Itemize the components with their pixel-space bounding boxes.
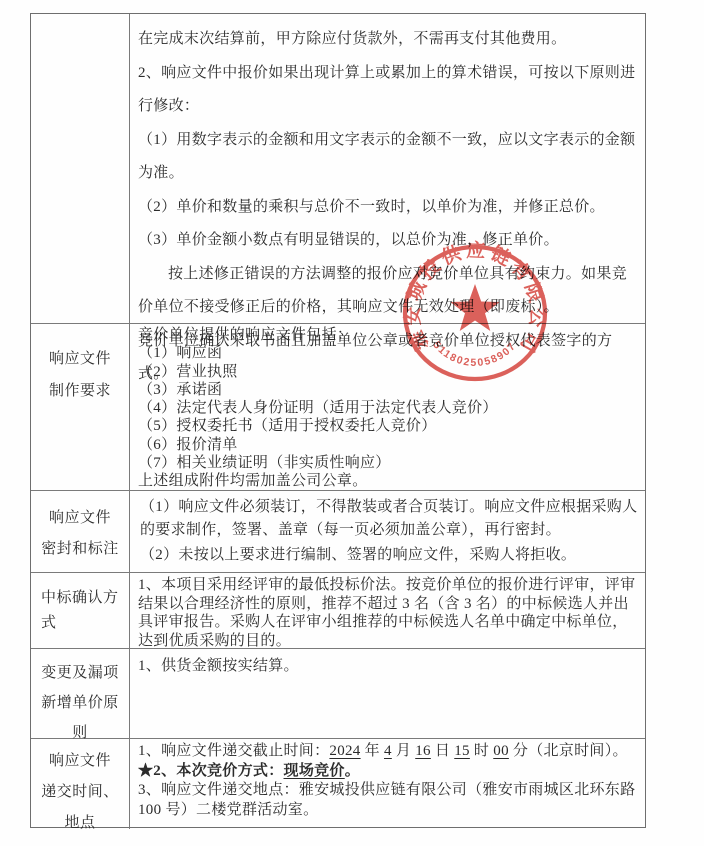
- text-line: 1、本项目采用经评审的最低投标价法。按竞价单位的报价进行评审，评审结果以合理经济…: [138, 576, 639, 650]
- text-line: 2、响应文件中报价如果出现计算上或累加上的算术错误，可按以下原则进行修改：: [138, 57, 639, 124]
- text-segment: 时: [470, 743, 493, 759]
- row-label-cell-empty: [31, 14, 130, 323]
- text-line: （1）用数字表示的金额和用文字表示的金额不一致，应以文字表示的金额为准。: [138, 124, 639, 191]
- table-row-submission-time-place: 响应文件 递交时间、 地点 1、响应文件递交截止时间：2024 年 4 月 16…: [31, 739, 645, 829]
- row-label-line: 响应文件: [31, 343, 129, 375]
- text-line-deadline: 1、响应文件递交截止时间：2024 年 4 月 16 日 15 时 00 分（北…: [138, 742, 639, 762]
- row-content-cell: 1、供货金额按实结算。: [130, 649, 645, 738]
- row-content-cell: （1）响应文件必须装订，不得散装或者合页装订。响应文件应根据采购人的要求制作，签…: [130, 491, 645, 572]
- row-label-line: 地点: [31, 808, 129, 839]
- text-line: 上述组成附件均需加盖公司公章。: [138, 472, 639, 490]
- row-label-line: 变更及漏项: [31, 658, 129, 688]
- text-segment: 月: [392, 743, 415, 759]
- table-row-continuation: 在完成末次结算前，甲方除应付货款外，不需再支付其他费用。 2、响应文件中报价如果…: [31, 14, 645, 324]
- text-segment: 1、响应文件递交截止时间：: [138, 743, 329, 759]
- list-item: （2）营业执照: [138, 363, 639, 381]
- list-item: （3）承诺函: [138, 381, 639, 399]
- row-label-line: 式: [41, 611, 129, 636]
- text-line: （2）单价和数量的乘积与总价不一致时，以单价为准，并修正总价。: [138, 191, 639, 225]
- list-item: （5）授权委托书（适用于授权委托人竞价）: [138, 417, 639, 435]
- text-line: 按上述修正错误的方法调整的报价应对竞价单位具有约束力。如果竞价单位不接受修正后的…: [138, 258, 639, 325]
- text-line: （1）响应文件必须装订，不得散装或者合页装订。响应文件应根据采购人的要求制作，签…: [140, 496, 639, 542]
- row-content-cell: 竞价单位提供的响应文件包括： （1）响应函 （2）营业执照 （3）承诺函 （4）…: [130, 324, 645, 490]
- text-segment: 。: [345, 763, 360, 779]
- row-label-line: 响应文件: [31, 746, 129, 777]
- row-label-cell: 变更及漏项 新增单价原 则: [31, 649, 130, 738]
- row-label-cell: 中标确认方 式: [31, 573, 130, 648]
- text-segment: 年: [361, 743, 384, 759]
- row-label-cell: 响应文件 递交时间、 地点: [31, 739, 130, 829]
- text-segment-underlined: 4: [384, 743, 392, 759]
- table-row-document-preparation: 响应文件 制作要求 竞价单位提供的响应文件包括： （1）响应函 （2）营业执照 …: [31, 324, 645, 491]
- text-segment-underlined: 00: [493, 743, 509, 759]
- row-content-cell: 1、本项目采用经评审的最低投标价法。按竞价单位的报价进行评审，评审结果以合理经济…: [130, 573, 645, 648]
- text-segment-underlined: 15: [454, 743, 470, 759]
- row-content-cell: 1、响应文件递交截止时间：2024 年 4 月 16 日 15 时 00 分（北…: [130, 739, 645, 829]
- text-line: （3）单价金额小数点有明显错误的，以总价为准，修正单价。: [138, 224, 639, 258]
- text-segment: ★2、本次竞价方式：: [138, 763, 284, 779]
- row-label-line: 新增单价原: [31, 688, 129, 718]
- bidding-requirements-table: 在完成末次结算前，甲方除应付货款外，不需再支付其他费用。 2、响应文件中报价如果…: [30, 13, 646, 828]
- text-line-bidding-method: ★2、本次竞价方式：现场竞价。: [138, 762, 639, 782]
- row-label-line: 响应文件: [31, 503, 129, 534]
- row-label-line: 密封和标注: [31, 534, 129, 565]
- text-segment-underlined: 现场竞价: [284, 763, 345, 779]
- text-segment: 日: [431, 743, 454, 759]
- list-item: （7）相关业绩证明（非实质性响应）: [138, 454, 639, 472]
- row-label-cell: 响应文件 制作要求: [31, 324, 130, 490]
- row-label-line: 制作要求: [31, 375, 129, 407]
- list-item: （6）报价清单: [138, 436, 639, 454]
- text-line-submission-place: 3、响应文件递交地点：雅安城投供应链有限公司（雅安市雨城区北环东路 100 号）…: [138, 781, 639, 820]
- text-segment-underlined: 2024: [329, 743, 360, 759]
- list-item: （4）法定代表人身份证明（适用于法定代表人竞价）: [138, 399, 639, 417]
- text-line: 1、供货金额按实结算。: [138, 656, 639, 676]
- text-segment-underlined: 16: [415, 743, 431, 759]
- table-row-change-principle: 变更及漏项 新增单价原 则 1、供货金额按实结算。: [31, 649, 645, 739]
- row-content-cell: 在完成末次结算前，甲方除应付货款外，不需再支付其他费用。 2、响应文件中报价如果…: [130, 14, 645, 323]
- text-line: 在完成末次结算前，甲方除应付货款外，不需再支付其他费用。: [138, 23, 639, 57]
- scanned-document-page: 在完成末次结算前，甲方除应付货款外，不需再支付其他费用。 2、响应文件中报价如果…: [0, 0, 704, 846]
- row-label-line: 中标确认方: [41, 586, 129, 611]
- text-line: （2）未按以上要求进行编制、签署的响应文件，采购人将拒收。: [140, 544, 639, 567]
- text-segment: 分（北京时间）。: [509, 743, 628, 759]
- row-label-line: 递交时间、: [31, 777, 129, 808]
- row-label-cell: 响应文件 密封和标注: [31, 491, 130, 572]
- table-row-award-confirmation: 中标确认方 式 1、本项目采用经评审的最低投标价法。按竞价单位的报价进行评审，评…: [31, 573, 645, 649]
- table-row-sealing-marking: 响应文件 密封和标注 （1）响应文件必须装订，不得散装或者合页装订。响应文件应根…: [31, 491, 645, 573]
- list-item: （1）响应函: [138, 344, 639, 362]
- text-line: 竞价单位提供的响应文件包括：: [138, 326, 639, 344]
